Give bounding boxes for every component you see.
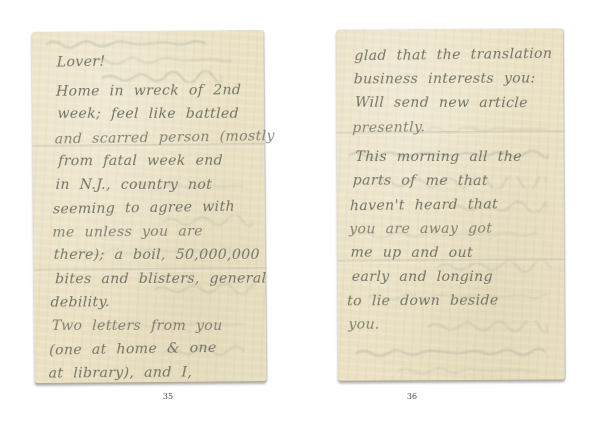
handwritten-line: week; feel like battled — [57, 103, 262, 127]
page-number-right: 36 — [402, 392, 422, 401]
handwritten-line: This morning all the — [355, 145, 564, 169]
handwritten-line: me unless you are — [52, 220, 257, 245]
handwritten-line: there); a boil, 50,000,000 — [53, 244, 258, 268]
handwritten-line: you. — [348, 313, 557, 338]
handwritten-line: Will send new article — [355, 91, 564, 116]
letter-page-right: glad that the translation business inter… — [336, 28, 565, 381]
handwritten-line: me up and out — [350, 241, 559, 266]
handwritten-line: to lie down beside — [347, 288, 556, 313]
handwritten-line: seeming to agree with — [53, 195, 257, 222]
handwritten-line: you are away got — [349, 216, 558, 241]
handwritten-line: bites and blisters, general — [55, 267, 260, 291]
handwritten-letter-text: glad that the translation business inter… — [332, 28, 569, 380]
handwritten-line: presently. — [352, 114, 561, 141]
handwritten-line: parts of me that — [352, 169, 561, 194]
handwritten-line: business interests you: — [353, 66, 562, 91]
handwritten-letter-text: Lover! Home in wreck of 2nd week; feel l… — [28, 30, 269, 383]
handwritten-line: Home in wreck of 2nd — [56, 79, 261, 104]
handwritten-line: Lover! — [57, 48, 261, 75]
handwritten-line: glad that the translation — [354, 42, 563, 69]
handwritten-line: haven't heard that — [350, 192, 559, 219]
page-number-left: 35 — [158, 392, 178, 401]
handwritten-line: debility. — [50, 290, 255, 315]
handwritten-line: in N.J., country not — [55, 173, 260, 197]
handwritten-line: (one at home & one — [49, 336, 253, 363]
handwritten-line: early and longing — [351, 265, 560, 289]
letter-page-left: Lover! Home in wreck of 2nd week; feel l… — [31, 30, 266, 384]
handwritten-line: Two letters from you — [51, 314, 256, 338]
handwritten-line: and scarred person (mostly — [55, 125, 259, 152]
book-spread: Lover! Home in wreck of 2nd week; feel l… — [0, 0, 600, 424]
handwritten-line: from fatal week end — [58, 150, 263, 174]
handwritten-line: at library), and I, — [48, 361, 253, 386]
